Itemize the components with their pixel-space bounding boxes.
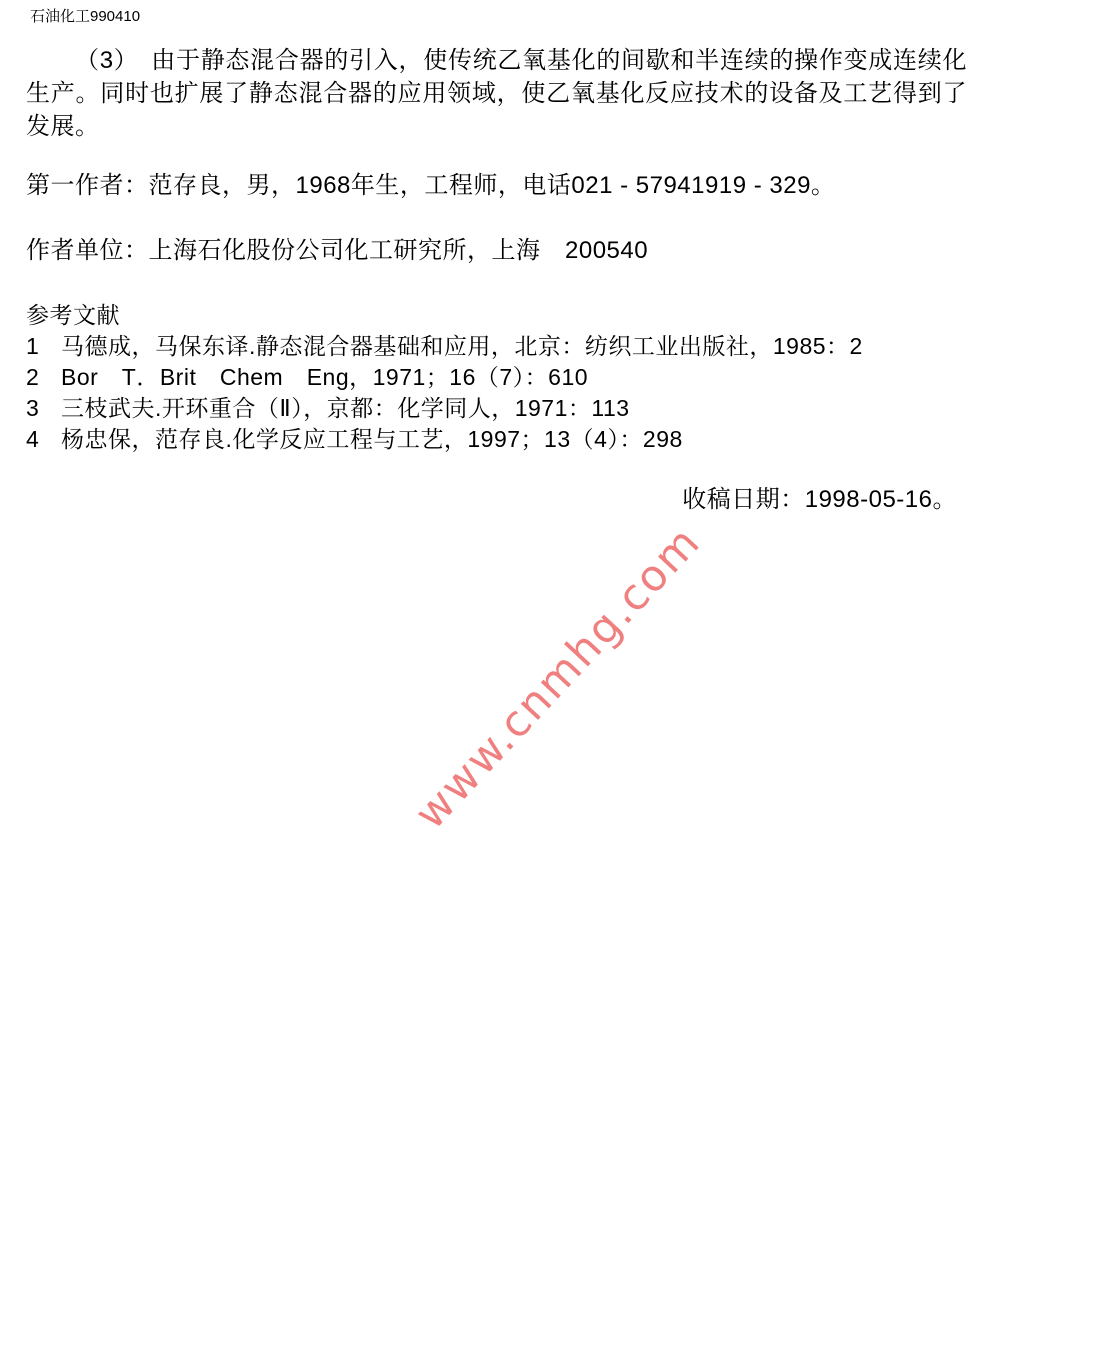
reference-item: 3 三枝武夫.开环重合（Ⅱ），京都：化学同人，1971：113 [26, 393, 1026, 424]
reference-text: 杨忠保，范存良.化学反应工程与工艺，1997；13（4）：298 [61, 424, 1026, 455]
reference-number: 3 [26, 393, 61, 424]
reference-item: 1 马德成，马保东译.静态混合器基础和应用，北京：纺织工业出版社，1985：2 [26, 331, 1026, 362]
references-section: 参考文献 1 马德成，马保东译.静态混合器基础和应用，北京：纺织工业出版社，19… [26, 300, 1026, 455]
document-page: 石油化工990410 www.cnmhg.com （3） 由于静态混合器的引入，… [0, 0, 1102, 1368]
body-paragraph: （3） 由于静态混合器的引入，使传统乙氧基化的间歇和半连续的操作变成连续化生产。… [26, 44, 967, 143]
first-author-line: 第一作者：范存良，男，1968年生，工程师，电话021 - 57941919 -… [26, 171, 967, 201]
reference-item: 2 Bor T．Brit Chem Eng，1971；16（7）：610 [26, 362, 1026, 393]
received-date: 收稿日期：1998-05-16。 [682, 486, 957, 514]
reference-text: 三枝武夫.开环重合（Ⅱ），京都：化学同人，1971：113 [61, 393, 1026, 424]
reference-text: Bor T．Brit Chem Eng，1971；16（7）：610 [61, 362, 1026, 393]
doc-id: 石油化工990410 [30, 5, 140, 26]
reference-item: 4 杨忠保，范存良.化学反应工程与工艺，1997；13（4）：298 [26, 424, 1026, 455]
reference-number: 1 [26, 331, 61, 362]
watermark: www.cnmhg.com [405, 517, 710, 839]
reference-text: 马德成，马保东译.静态混合器基础和应用，北京：纺织工业出版社，1985：2 [61, 331, 1026, 362]
reference-number: 4 [26, 424, 61, 455]
references-heading: 参考文献 [26, 300, 1026, 331]
reference-number: 2 [26, 362, 61, 393]
affiliation-line: 作者单位：上海石化股份公司化工研究所，上海 200540 [26, 236, 967, 266]
